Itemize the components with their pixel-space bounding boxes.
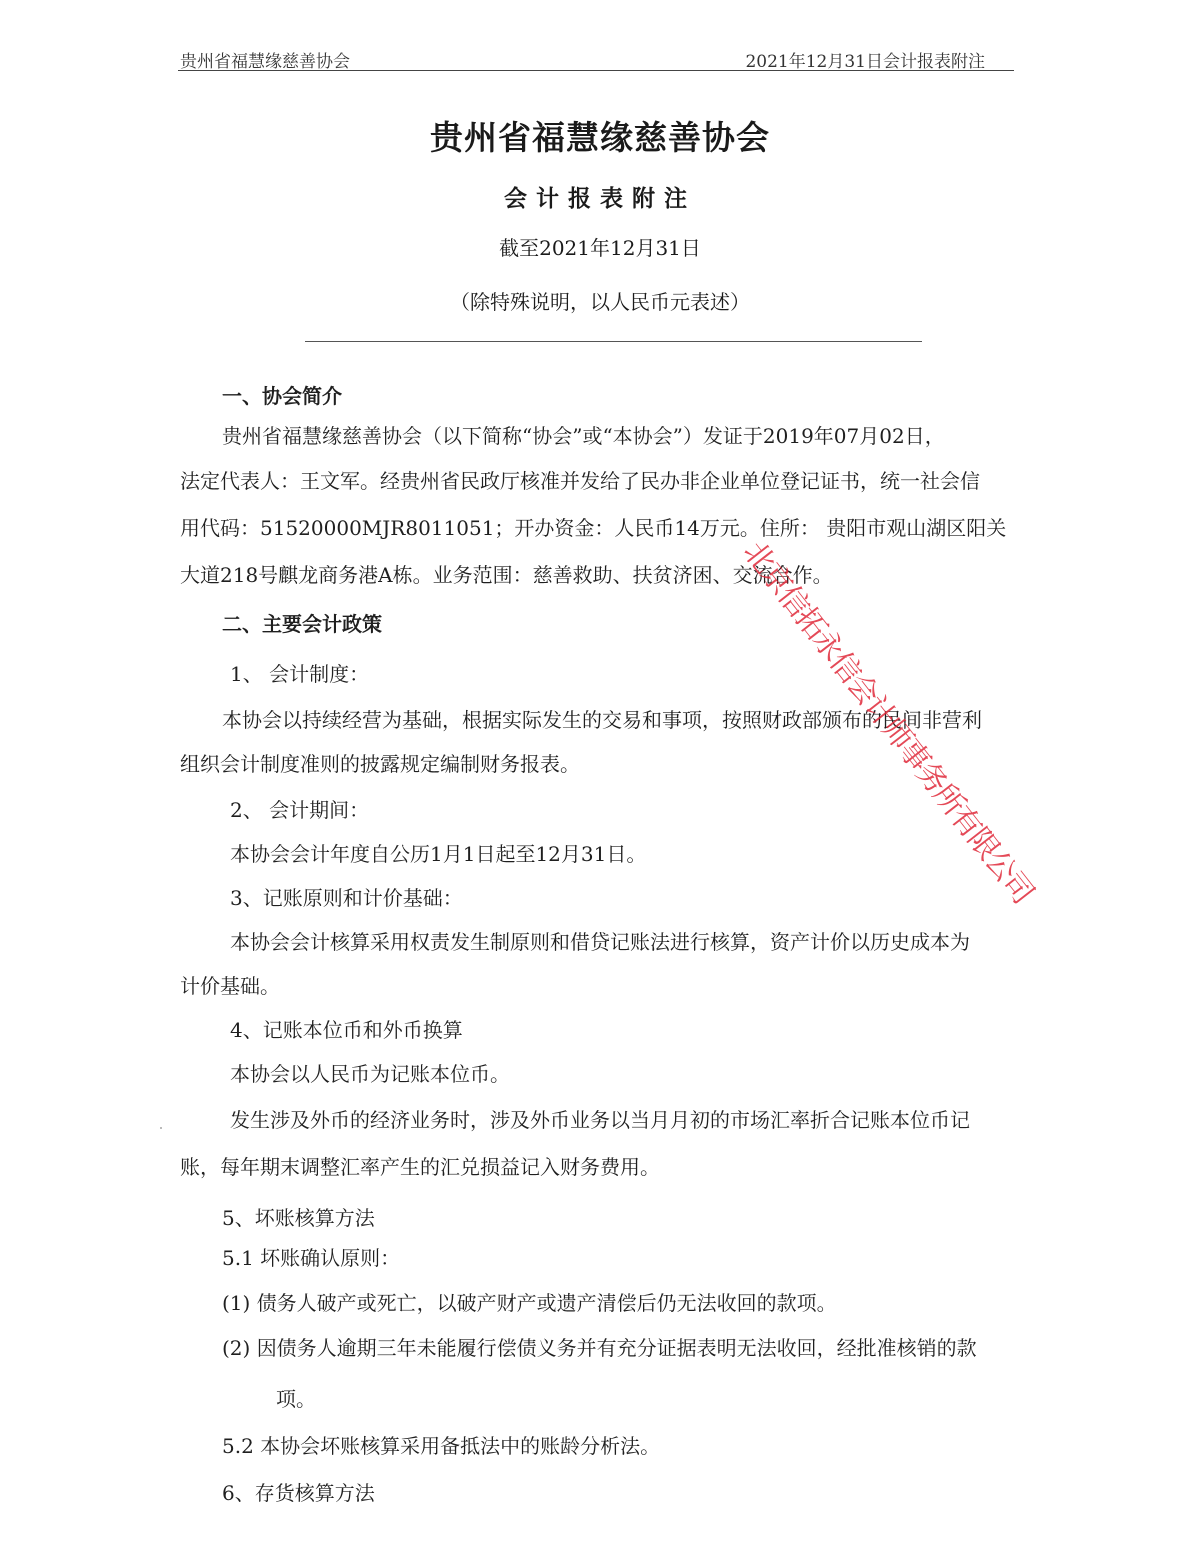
header-org-name: 贵州省福慧缘慈善协会 [180,47,350,72]
page-subtitle: 会计报表附注 [0,180,1200,213]
scan-speck [160,1127,162,1129]
paragraph-line: 发生涉及外币的经济业务时，涉及外币业务以当月月初的市场汇率折合记账本位币记 [230,1104,970,1133]
item-heading: 1、 会计制度： [230,658,369,687]
date-line: 截至2021年12月31日 [0,232,1200,261]
currency-note: （除特殊说明，以人民币元表述） [0,286,1200,315]
paragraph-line: 贵州省福慧缘慈善协会（以下简称“协会”或“本协会”）发证于2019年07月02日… [222,420,945,449]
item-heading: 5、坏账核算方法 [222,1202,375,1231]
paragraph-line: 组织会计制度准则的披露规定编制财务报表。 [180,748,580,777]
header-doc-title: 2021年12月31日会计报表附注 [745,47,985,72]
item-heading: 2、 会计期间： [230,794,369,823]
section-heading-policies: 二、主要会计政策 [222,608,382,637]
sub-item-heading: 5.1 坏账确认原则： [222,1242,400,1271]
list-item: (2) 因债务人逾期三年未能履行偿债义务并有充分证据表明无法收回，经批准核销的款 [222,1332,977,1361]
page-title: 贵州省福慧缘慈善协会 [0,112,1200,159]
sub-item: 5.2 本协会坏账核算采用备抵法中的账龄分析法。 [222,1430,660,1459]
section-heading-intro: 一、协会简介 [222,380,342,409]
paragraph-line: 账，每年期末调整汇率产生的汇兑损益记入财务费用。 [180,1151,660,1180]
item-heading: 4、记账本位币和外币换算 [230,1014,463,1043]
paragraph-line: 计价基础。 [180,970,280,999]
header-divider [178,70,1014,71]
item-heading: 3、记账原则和计价基础： [230,882,463,911]
document-page: 贵州省福慧缘慈善协会 2021年12月31日会计报表附注 贵州省福慧缘慈善协会 … [0,0,1200,1546]
paragraph-line: 用代码：51520000MJR8011051；开办资金：人民币14万元。住所： … [180,512,1006,541]
title-divider [305,341,922,342]
paragraph-line: 大道218号麒龙商务港A栋。业务范围：慈善救助、扶贫济困、交流合作。 [180,559,833,588]
paragraph-line: 法定代表人：王文军。经贵州省民政厅核准并发给了民办非企业单位登记证书，统一社会信 [180,465,980,494]
paragraph-line: 本协会会计核算采用权责发生制原则和借贷记账法进行核算，资产计价以历史成本为 [230,926,970,955]
item-heading: 6、存货核算方法 [222,1477,375,1506]
paragraph-line: 本协会以人民币为记账本位币。 [230,1058,510,1087]
list-item-continuation: 项。 [276,1383,316,1412]
list-item: (1) 债务人破产或死亡，以破产财产或遗产清偿后仍无法收回的款项。 [222,1287,837,1316]
paragraph-line: 本协会会计年度自公历1月1日起至12月31日。 [230,838,646,867]
